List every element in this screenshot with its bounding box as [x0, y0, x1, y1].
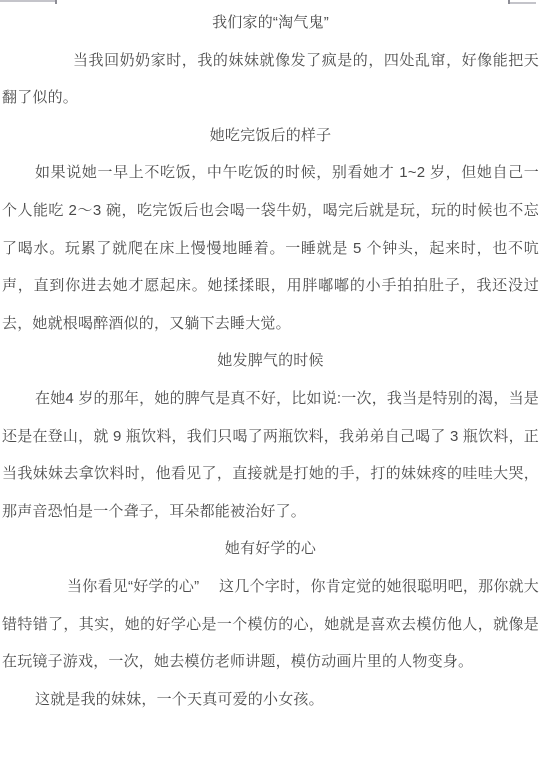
paragraph-eating: 如果说她一早上不吃饭，中午吃饭的时候，别看她才 1~2 岁，但她自己一个人能吃 … — [2, 154, 539, 342]
section-heading-temper: 她发脾气的时候 — [2, 342, 539, 380]
paragraph-intro: 当我回奶奶家时，我的妹妹就像发了疯是的，四处乱窜，好像能把天翻了似的。 — [2, 42, 539, 117]
section-heading-studious: 她有好学的心 — [2, 530, 539, 568]
paragraph-temper: 在她4 岁的那年，她的脾气是真不好，比如说:一次，我当是特别的渴，当是还是在登山… — [2, 380, 539, 530]
paragraph-studious: 当你看见“好学的心” 这几个字时，你肯定觉的她很聪明吧，那你就大错特错了，其实，… — [2, 568, 539, 681]
document-title: 我们家的“淘气鬼” — [2, 4, 539, 42]
section-heading-eating: 她吃完饭后的样子 — [2, 117, 539, 155]
paragraph-conclusion: 这就是我的妹妹，一个天真可爱的小女孩。 — [2, 681, 539, 719]
document-page[interactable]: 我们家的“淘气鬼” 当我回奶奶家时，我的妹妹就像发了疯是的，四处乱窜，好像能把天… — [0, 0, 541, 718]
